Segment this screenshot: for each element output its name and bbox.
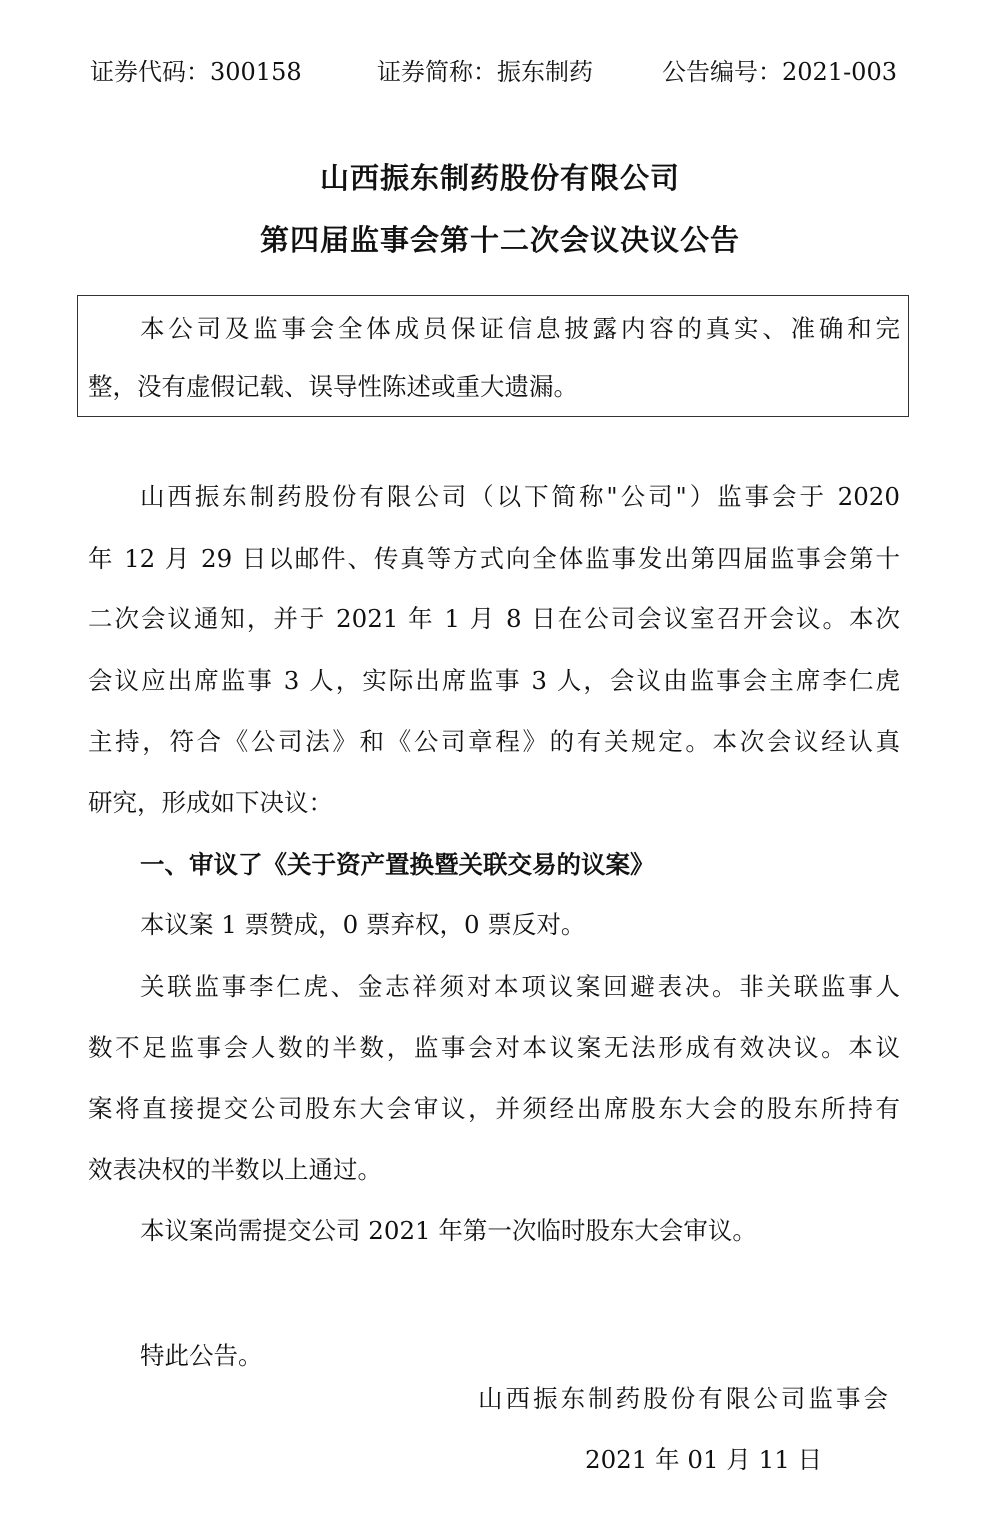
announcement-title: 第四届监事会第十二次会议决议公告	[0, 218, 1000, 259]
date: 2021 年 01 月 11 日	[585, 1443, 807, 1477]
stock-abbreviation: 证券简称：振东制药	[377, 52, 593, 87]
intro-line-2: 年 12 月 29 日以邮件、传真等方式向全体监事发出第四届监事会第十	[88, 542, 900, 576]
closing-text: 特此公告。	[140, 1339, 440, 1373]
disclaimer-line-2: 整，没有虚假记载、误导性陈述或重大遗漏。	[88, 370, 900, 404]
intro-line-5: 主持，符合《公司法》和《公司章程》的有关规定。本次会议经认真	[88, 725, 900, 759]
intro-line-1: 山西振东制药股份有限公司（以下简称"公司"）监事会于 2020	[140, 480, 900, 514]
detail-line-1: 关联监事李仁虎、金志祥须对本项议案回避表决。非关联监事人	[140, 970, 900, 1004]
disclaimer-line-1: 本公司及监事会全体成员保证信息披露内容的真实、准确和完	[140, 312, 900, 346]
company-title: 山西振东制药股份有限公司	[0, 156, 1000, 197]
resolution-heading: 一、审议了《关于资产置换暨关联交易的议案》	[140, 848, 740, 882]
vote-result: 本议案 1 票赞成，0 票弃权，0 票反对。	[140, 908, 740, 942]
stock-code: 证券代码：300158	[90, 52, 302, 87]
detail-line-4: 效表决权的半数以上通过。	[88, 1153, 900, 1187]
intro-line-3: 二次会议通知，并于 2021 年 1 月 8 日在公司会议室召开会议。本次	[88, 602, 900, 636]
signature: 山西振东制药股份有限公司监事会	[478, 1382, 888, 1416]
detail-line-2: 数不足监事会人数的半数，监事会对本议案无法形成有效决议。本议	[88, 1031, 900, 1065]
intro-line-4: 会议应出席监事 3 人，实际出席监事 3 人，会议由监事会主席李仁虎	[88, 664, 900, 698]
shareholder-meeting-note: 本议案尚需提交公司 2021 年第一次临时股东大会审议。	[140, 1214, 840, 1248]
intro-line-6: 研究，形成如下决议：	[88, 786, 900, 820]
detail-line-3: 案将直接提交公司股东大会审议，并须经出席股东大会的股东所持有	[88, 1092, 900, 1126]
notice-number: 公告编号：2021-003	[662, 52, 897, 87]
